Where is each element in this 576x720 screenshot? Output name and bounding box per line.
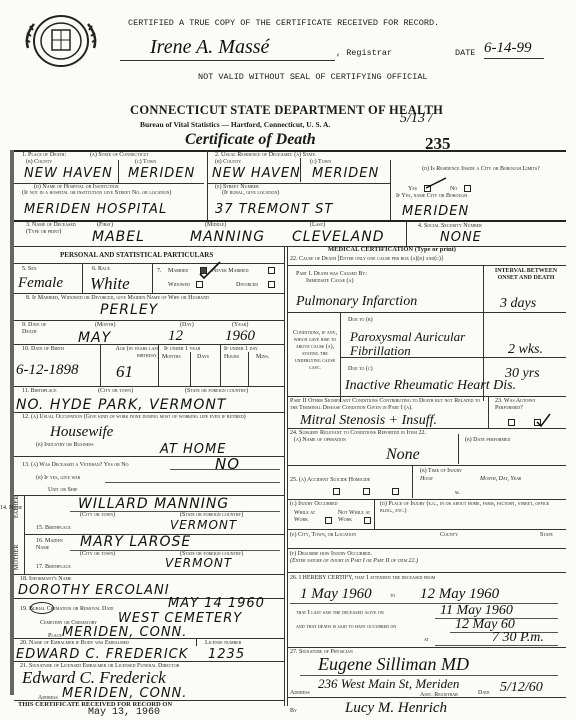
cause-of-death-label: 22. Cause of Death [Enter only one cause… (290, 256, 443, 263)
hospital-value: MERIDEN HOSPITAL (24, 202, 167, 217)
operation-label: (a) Name of operation (294, 437, 346, 444)
residence-town-label: (c) Town (310, 159, 331, 166)
race-value: White (90, 274, 130, 294)
death-time-value: 7 30 P.m. (492, 630, 544, 646)
occupation-label: 12. (a) Usual Occupation (Give kind of w… (22, 414, 267, 421)
mother-name-value: MARY LAROSE (80, 534, 191, 550)
registrar-label: Asst. Registrar (420, 692, 458, 699)
inside-limits-label: (d) Is Residence Inside a City or Boroug… (396, 166, 566, 173)
last-name-value: CLEVELAND (292, 229, 384, 245)
place-of-death-label: 1. Place of Death: (22, 152, 66, 159)
middle-name-label: (Middle) (205, 222, 226, 229)
county-label: (b) County (26, 159, 52, 166)
widowed-label: Widowed (168, 282, 190, 289)
describe-injury-label: (f) Describe how Injury Occurred. (290, 551, 372, 558)
residence-street-value: 37 TREMONT ST (215, 202, 333, 217)
registrar-label: , Registrar (336, 48, 392, 58)
death-date-label: 9. Date of Death (22, 322, 62, 336)
spouse-maiden-label: 8. If Married, Widowed or Divorced, give… (26, 295, 256, 302)
mother-birthplace-value: VERMONT (165, 556, 232, 570)
hour-label: Hour (420, 476, 433, 483)
date-performed-label: (b) Date performed (465, 437, 510, 444)
months-label: Months (162, 354, 181, 361)
time-of-injury-label: (b) Time of Injury (420, 468, 462, 475)
injury-state-label: State (540, 532, 553, 539)
birthplace-state-label: (State or foreign country) (185, 388, 248, 395)
residence-county-value: NEW HAVEN (212, 166, 301, 181)
describe-injury-note: (Enter nature of injury in Part I or Par… (290, 558, 420, 565)
age-value: 61 (116, 362, 133, 382)
embalmer-name-value: EDWARD C. FREDERICK (16, 647, 188, 662)
cause-c-value: Inactive Rheumatic Heart Dis. (345, 378, 516, 394)
divorced-checkbox[interactable] (268, 281, 275, 288)
residence-city-value: MERIDEN (402, 204, 469, 219)
suicide-checkbox[interactable] (363, 488, 370, 495)
burial-date-value: MAY 14 1960 (168, 596, 265, 611)
not-valid-notice: NOT VALID WITHOUT SEAL OF CERTIFYING OFF… (198, 72, 428, 82)
at-work-label: While at Work (294, 510, 324, 524)
embalmer-address-value: MERIDEN, CONN. (62, 686, 187, 701)
never-married-checkbox[interactable] (268, 267, 275, 274)
autopsy-yes-checkbox[interactable] (508, 419, 515, 426)
attended-from-value: 1 May 1960 (300, 586, 372, 603)
certificate-title: Certificate of Death (185, 131, 316, 149)
city-seal-icon (22, 8, 100, 74)
ssn-value: NONE (440, 230, 482, 245)
never-married-label: Never Married (212, 268, 249, 275)
street-note: (If rural, give location) (222, 190, 279, 197)
certified-date: 6-14-99 (484, 40, 532, 57)
place-of-injury-label: (d) Place of Injury (e.g., in or about h… (380, 501, 560, 515)
part2-value: Mitral Stenosis + Insuff. (300, 413, 437, 429)
father-birthplace-label: 15. Birthplace (36, 525, 71, 532)
informant-label: 18. Informant's Name (20, 576, 71, 583)
veteran-label: 13. (a) Was Deceased a Veteran? Yes or N… (22, 462, 129, 469)
part2-label: Part II Other Significant Conditions Con… (290, 398, 485, 412)
mother-birthplace-label: 17. Birthplace (36, 564, 71, 571)
surgery-label: 24. Surgery Relevant to Conditions Repor… (290, 430, 426, 437)
widowed-checkbox[interactable] (196, 281, 203, 288)
death-day-value: 12 (168, 328, 183, 345)
inside-limits-yes-label: Yes (408, 186, 417, 193)
due-to-c-label: Due to (c) (348, 366, 373, 373)
registrar-signature: Irene A. Massé (150, 36, 269, 59)
days-label: Days (197, 354, 209, 361)
by-label: By (290, 708, 297, 715)
residence-town-value: MERIDEN (312, 166, 379, 181)
month-day-year-label: Month, Day, Year (480, 476, 521, 483)
birthplace-value: NO. HYDE PARK, VERMONT (16, 397, 226, 413)
inside-limits-no-label: No (450, 186, 457, 193)
mother-tag: MOTHER (14, 545, 21, 570)
race-label: 6. Race (92, 266, 110, 273)
physician-date-label: Date (478, 690, 490, 697)
cause-b-interval: 2 wks. (508, 342, 543, 358)
first-name-label: (First) (97, 222, 113, 229)
mins-label: Mins. (256, 354, 269, 361)
divorced-label: Divorced (236, 282, 258, 289)
month-label: (Month) (95, 322, 115, 329)
injury-type-label: 25. (a) Accident Suicide Homicide (290, 477, 370, 484)
birthplace-city-label: (City or town) (98, 388, 133, 395)
local-registrar-signature: Lucy M. Henrich (345, 700, 447, 717)
death-town-value: MERIDEN (128, 166, 195, 181)
informant-value: DOROTHY ERCOLANI (18, 583, 170, 598)
certify-label: 26. I HEREBY CERTIFY, that I attended th… (290, 575, 435, 582)
occupation-value: Housewife (50, 424, 113, 441)
unit-label: Unit or Ship (48, 487, 77, 494)
residence-county-label: (b) County (215, 159, 241, 166)
funeral-director-signature: Edward C. Frederick (22, 668, 166, 688)
veteran-value: NO (215, 455, 240, 473)
embalmer-label: 20. Name of Embalmer if Body was Embalme… (20, 640, 129, 647)
location-label: (e) City, Town, or Location (290, 532, 356, 539)
operation-value: None (386, 446, 420, 464)
cemetery-value: WEST CEMETERY (118, 611, 242, 626)
department-title: CONNECTICUT STATE DEPARTMENT OF HEALTH (130, 103, 443, 118)
married-label: Married (168, 268, 188, 275)
ssn-label: 4. Social Security Number (418, 223, 482, 230)
deceased-name-label: 3. Name of Deceased (Type or print) (26, 222, 86, 236)
checkmark-icon (424, 176, 448, 192)
injury-occurred-label: (c) Injury Occurred (290, 501, 338, 508)
father-name-label: 14. Name (0, 505, 22, 512)
license-label: License number (205, 640, 241, 647)
received-date: May 13, 1960 (88, 707, 160, 718)
injury-county-label: County (440, 532, 458, 539)
part1-label: Part I. Death was Caused By: (296, 271, 367, 278)
attended-to-value: 12 May 1960 (420, 586, 499, 603)
interval-label: INTERVAL BETWEEN ONSET AND DEATH (490, 268, 562, 282)
margin-note: 5/13 / (400, 111, 432, 127)
town-label: (c) Town (135, 159, 156, 166)
inside-limits-no-checkbox[interactable] (464, 185, 471, 192)
last-name-label: (Last) (310, 222, 325, 229)
state-connecticut-label: (a) State of Connecticut (90, 152, 149, 159)
first-name-value: MABEL (92, 229, 145, 245)
bureau-subtitle: Bureau of Vital Statistics — Hartford, C… (140, 120, 330, 129)
father-name-value: WILLARD MANNING (78, 496, 229, 512)
mother-name-label: 16. Maiden Name (36, 538, 66, 552)
sex-value: Female (18, 275, 63, 292)
certified-copy-line: CERTIFIED A TRUE COPY OF THE CERTIFICATE… (128, 18, 439, 28)
age-label: Age (in years last birthday) (104, 346, 159, 360)
war-label: (b) If yes, give war (36, 475, 80, 482)
physician-signature: Eugene Silliman MD (318, 654, 469, 675)
license-value: 1235 (208, 647, 245, 662)
checkmark-icon (534, 410, 552, 428)
middle-name-value: MANNING (190, 229, 265, 245)
death-occurred-label: and that death is said to have occurred … (296, 624, 396, 631)
to-label: to (390, 593, 395, 600)
accident-checkbox[interactable] (333, 488, 340, 495)
conditions-note: Conditions, if any, which gave rise to a… (290, 330, 340, 372)
marital-label: 7. (157, 268, 162, 275)
mother-city-label: (City or town) (80, 551, 115, 558)
city-borough-label: If Yes, name City or Borough (396, 193, 496, 200)
spouse-maiden-value: PERLEY (100, 302, 158, 318)
birth-date-value: 6-12-1898 (16, 362, 79, 379)
cause-a-interval: 3 days (500, 296, 536, 312)
at-work-checkbox[interactable] (325, 517, 332, 524)
cause-b-value: Paroxysmal Auricular Fibrillation (350, 330, 485, 358)
immediate-cause-label: Immediate Cause (a) (306, 278, 353, 285)
homicide-checkbox[interactable] (392, 488, 399, 495)
last-seen-label: that I last saw the deceased alive on (296, 610, 384, 617)
due-to-b-label: Due to (b) (348, 317, 373, 324)
physician-date-value: 5/12/60 (500, 680, 543, 696)
physician-address-value: 236 West Main St, Meriden (318, 676, 459, 692)
personal-section-title: PERSONAL AND STATISTICAL PARTICULARS (60, 251, 213, 259)
father-birthplace-value: VERMONT (170, 518, 237, 532)
burial-circled-mark (30, 602, 54, 614)
under-year-label: If under 1 year (164, 346, 200, 353)
form-left-border (10, 150, 14, 695)
hours-label: Hours (224, 354, 239, 361)
death-county-value: NEW HAVEN (24, 166, 113, 181)
cause-c-interval: 30 yrs (505, 366, 540, 382)
physician-address-label: Address (290, 690, 310, 697)
m-label: m. (455, 490, 460, 497)
not-at-work-checkbox[interactable] (364, 517, 371, 524)
medical-section-title: MEDICAL CERTIFICATION (Type or print) (328, 246, 456, 253)
industry-label: (b) Industry or Business (36, 442, 94, 449)
hospital-note: (If not in a hospital or institution giv… (22, 190, 207, 197)
sex-label: 5. Sex (22, 266, 37, 273)
at-label: at (424, 637, 429, 644)
cause-a-value: Pulmonary Infarction (296, 294, 417, 310)
birth-date-label: 10. Date of Birth (22, 346, 64, 353)
death-year-value: 1960 (225, 328, 255, 345)
father-city-label: (City or town) (80, 512, 115, 519)
birthplace-label: 11. Birthplace (22, 388, 57, 395)
date-label: DATE (455, 48, 475, 58)
under-day-label: If under 1 day (224, 346, 258, 353)
